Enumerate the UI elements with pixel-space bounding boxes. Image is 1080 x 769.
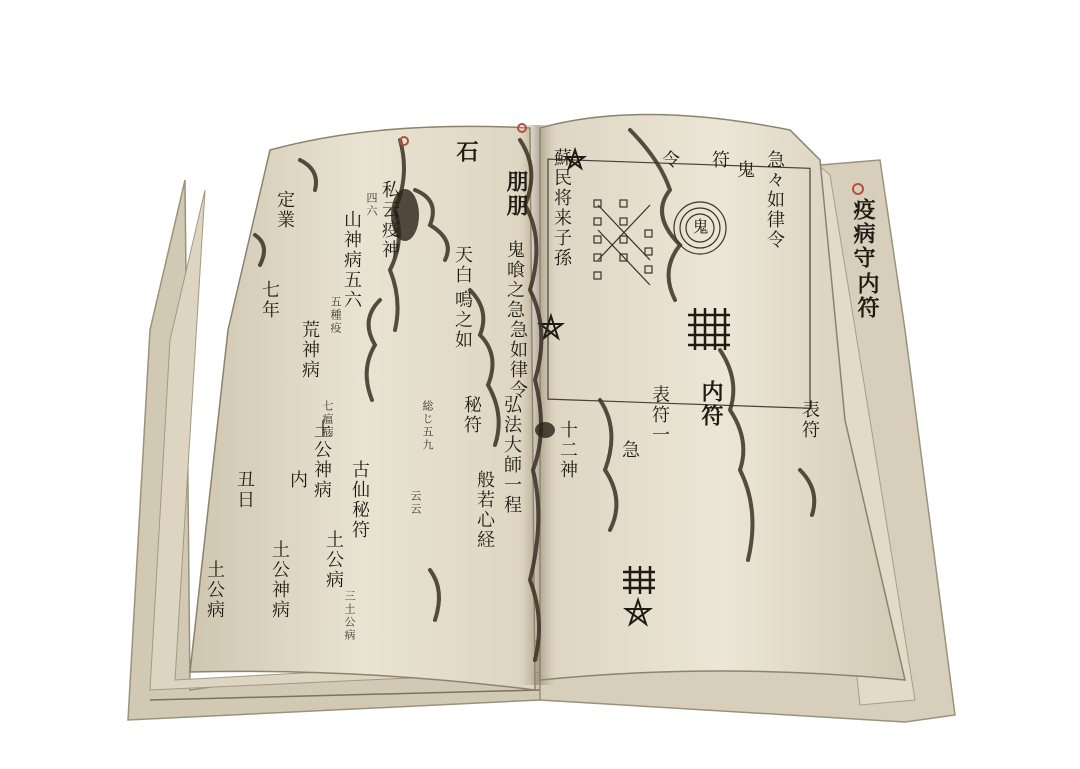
manuscript-photo: 疫病守 内符 私云疫神 四六 山神病五六 荒神病 定業 七年 土公神病 内 土公… bbox=[0, 0, 1080, 769]
left-col-9: 土公病 bbox=[205, 560, 223, 620]
left-note-1: 五種疫 bbox=[330, 296, 341, 335]
left-col-4: 荒神病 bbox=[300, 320, 318, 380]
talisman-col-2: 鬼 bbox=[735, 160, 753, 180]
center-col-3: 天白 bbox=[453, 245, 471, 285]
center-col-6: 急如律令 bbox=[508, 320, 526, 400]
left-col-10: 丑日 bbox=[235, 470, 253, 510]
left-col-3: 山神病五六 bbox=[342, 210, 360, 310]
center-col-4: 鳴之如 bbox=[453, 290, 471, 350]
left-col-12: 土公神病 bbox=[270, 540, 288, 620]
right-lower-col-4: 急 bbox=[620, 440, 638, 460]
center-col-1: 石 bbox=[455, 140, 477, 164]
left-col-13: 土公病 bbox=[324, 530, 342, 590]
center-col-7: 弘法大師一程 bbox=[502, 395, 520, 515]
right-lower-col-3: 十二神 bbox=[558, 420, 576, 480]
right-stack-subtitle: 内符 bbox=[856, 272, 878, 320]
talisman-col-1: 急々如律令 bbox=[765, 150, 783, 250]
center-seal-glyph: 鬼 bbox=[691, 218, 707, 236]
talisman-col-3: 符 bbox=[710, 150, 728, 170]
talisman-col-4: 令 bbox=[660, 150, 678, 170]
left-note-2: 七瘟病 bbox=[322, 400, 333, 439]
talisman-col-5: 蘇民将来子孫 bbox=[552, 148, 570, 268]
center-col-5: 鬼喰之急 bbox=[505, 240, 523, 320]
center-col-10: 総じ五九 bbox=[422, 400, 433, 452]
left-col-2: 四六 bbox=[366, 192, 377, 218]
right-lower-col-1: 表符 bbox=[800, 400, 818, 440]
left-page bbox=[190, 126, 535, 690]
left-col-8: 内 bbox=[288, 470, 306, 490]
right-stack-title: 疫病守 bbox=[852, 198, 874, 270]
center-col-8: 秘符 bbox=[462, 395, 480, 435]
center-col-11: 云云 bbox=[410, 490, 421, 516]
right-lower-col-5: 表符一 bbox=[650, 385, 668, 445]
book-illustration bbox=[0, 0, 1080, 769]
left-col-1: 私云疫神 bbox=[380, 180, 398, 260]
left-col-6: 七年 bbox=[260, 280, 278, 320]
left-note-3: 三土公病 bbox=[344, 590, 355, 642]
center-col-9: 般若心経 bbox=[475, 470, 493, 550]
center-col-2: 朋朋 bbox=[505, 170, 527, 218]
right-lower-col-2: 内符 bbox=[700, 380, 722, 428]
left-col-11: 古仙秘符 bbox=[350, 460, 368, 540]
left-col-5: 定業 bbox=[275, 190, 293, 230]
